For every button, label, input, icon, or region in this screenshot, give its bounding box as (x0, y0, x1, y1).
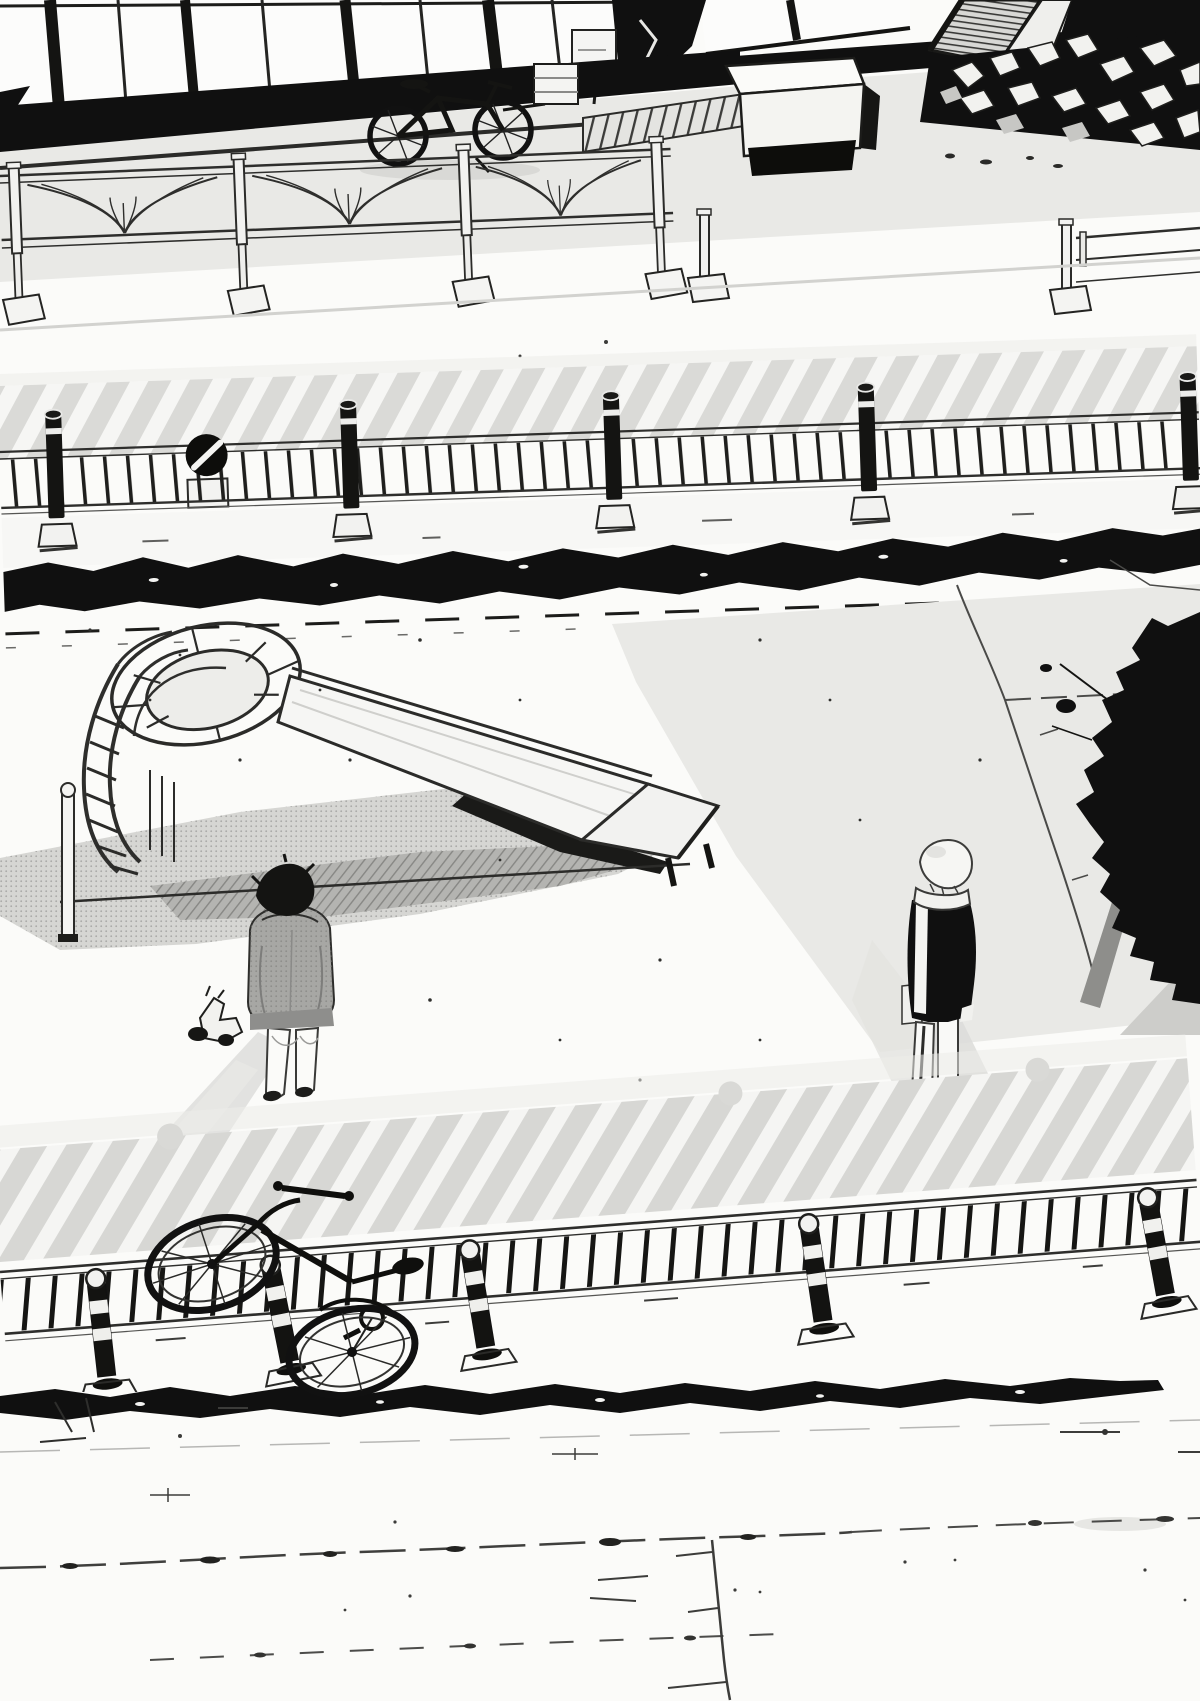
manga-panel (0, 0, 1200, 1701)
pavement (0, 1392, 1200, 1701)
